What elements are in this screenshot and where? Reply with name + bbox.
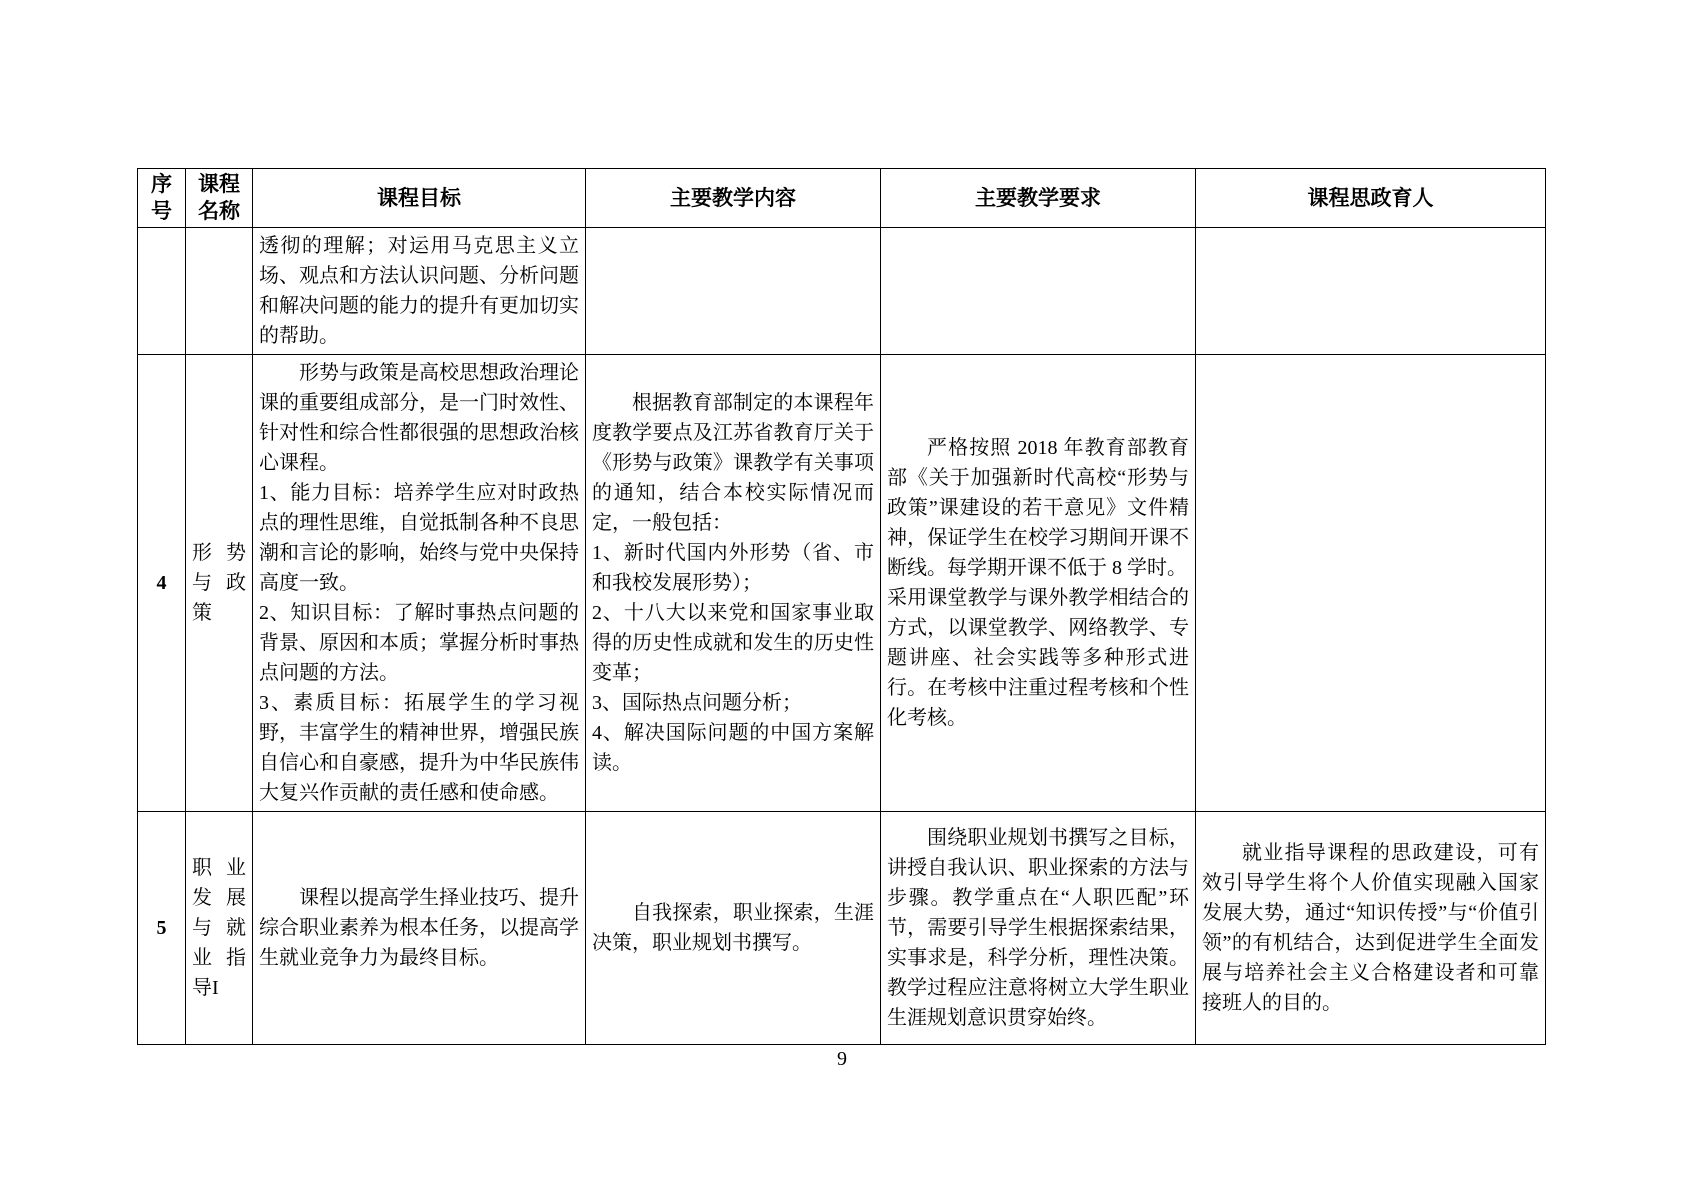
row-continued-number [138,228,186,355]
paragraph: 根据教育部制定的本课程年度教学要点及江苏省教育厅关于《形势与政策》课教学有关事项… [592,388,874,538]
col-header-content: 主要教学内容 [586,169,881,228]
col-header-number: 序号 [138,169,186,228]
row-4-objectives: 形势与政策是高校思想政治理论课的重要组成部分，是一门时效性、针对性和综合性都很强… [253,355,586,812]
row-5-ideology: 就业指导课程的思政建设，可有效引导学生将个人价值实现融入国家发展大势，通过“知识… [1196,812,1546,1045]
paragraph: 4、解决国际问题的中国方案解读。 [592,718,874,778]
row-4: 4形势与政策形势与政策是高校思想政治理论课的重要组成部分，是一门时效性、针对性和… [138,355,1546,812]
col-header-course-name: 课程名称 [186,169,253,228]
paragraph: 就业指导课程的思政建设，可有效引导学生将个人价值实现融入国家发展大势，通过“知识… [1202,838,1539,1018]
table-header-row: 序号 课程名称 课程目标 主要教学内容 主要教学要求 课程思政育人 [138,169,1546,228]
row-4-content: 根据教育部制定的本课程年度教学要点及江苏省教育厅关于《形势与政策》课教学有关事项… [586,355,881,812]
col-header-objectives: 课程目标 [253,169,586,228]
paragraph: 形势与政策是高校思想政治理论课的重要组成部分，是一门时效性、针对性和综合性都很强… [259,358,579,478]
document-page: 序号 课程名称 课程目标 主要教学内容 主要教学要求 课程思政育人 透彻的理解；… [0,0,1684,1191]
page-number: 9 [0,1044,1684,1074]
paragraph: 透彻的理解；对运用马克思主义立场、观点和方法认识问题、分析问题和解决问题的能力的… [259,231,579,351]
row-5-course-name: 职业发展与就业指导I [186,812,253,1045]
row-continued-objectives: 透彻的理解；对运用马克思主义立场、观点和方法认识问题、分析问题和解决问题的能力的… [253,228,586,355]
paragraph: 课程以提高学生择业技巧、提升综合职业素养为根本任务，以提高学生就业竞争力为最终目… [259,883,579,973]
row-continued-content [586,228,881,355]
col-header-requirements: 主要教学要求 [881,169,1196,228]
col-header-ideology: 课程思政育人 [1196,169,1546,228]
paragraph: 采用课堂教学与课外教学相结合的方式，以课堂教学、网络教学、专题讲座、社会实践等多… [887,583,1189,733]
row-5-requirements: 围绕职业规划书撰写之目标，讲授自我认识、职业探索的方法与步骤。教学重点在“人职匹… [881,812,1196,1045]
paragraph: 自我探索，职业探索，生涯决策，职业规划书撰写。 [592,898,874,958]
paragraph: 1、新时代国内外形势（省、市和我校发展形势）； [592,538,874,598]
course-table: 序号 课程名称 课程目标 主要教学内容 主要教学要求 课程思政育人 透彻的理解；… [137,168,1546,1045]
paragraph: 严格按照 2018 年教育部教育部《关于加强新时代高校“形势与政策”课建设的若干… [887,433,1189,583]
row-continued-requirements [881,228,1196,355]
paragraph: 2、十八大以来党和国家事业取得的历史性成就和发生的历史性变革； [592,598,874,688]
paragraph: 3、素质目标：拓展学生的学习视野，丰富学生的精神世界，增强民族自信心和自豪感，提… [259,688,579,808]
row-4-course-name: 形势与政策 [186,355,253,812]
row-5: 5职业发展与就业指导I课程以提高学生择业技巧、提升综合职业素养为根本任务，以提高… [138,812,1546,1045]
row-5-content: 自我探索，职业探索，生涯决策，职业规划书撰写。 [586,812,881,1045]
row-5-objectives: 课程以提高学生择业技巧、提升综合职业素养为根本任务，以提高学生就业竞争力为最终目… [253,812,586,1045]
row-5-number: 5 [138,812,186,1045]
paragraph: 1、能力目标：培养学生应对时政热点的理性思维，自觉抵制各种不良思潮和言论的影响，… [259,478,579,598]
paragraph: 3、国际热点问题分析； [592,688,874,718]
paragraph: 2、知识目标：了解时事热点问题的背景、原因和本质；掌握分析时事热点问题的方法。 [259,598,579,688]
row-continued: 透彻的理解；对运用马克思主义立场、观点和方法认识问题、分析问题和解决问题的能力的… [138,228,1546,355]
row-4-ideology [1196,355,1546,812]
row-continued-ideology [1196,228,1546,355]
row-4-requirements: 严格按照 2018 年教育部教育部《关于加强新时代高校“形势与政策”课建设的若干… [881,355,1196,812]
row-continued-course-name [186,228,253,355]
row-4-number: 4 [138,355,186,812]
paragraph: 围绕职业规划书撰写之目标，讲授自我认识、职业探索的方法与步骤。教学重点在“人职匹… [887,823,1189,1033]
